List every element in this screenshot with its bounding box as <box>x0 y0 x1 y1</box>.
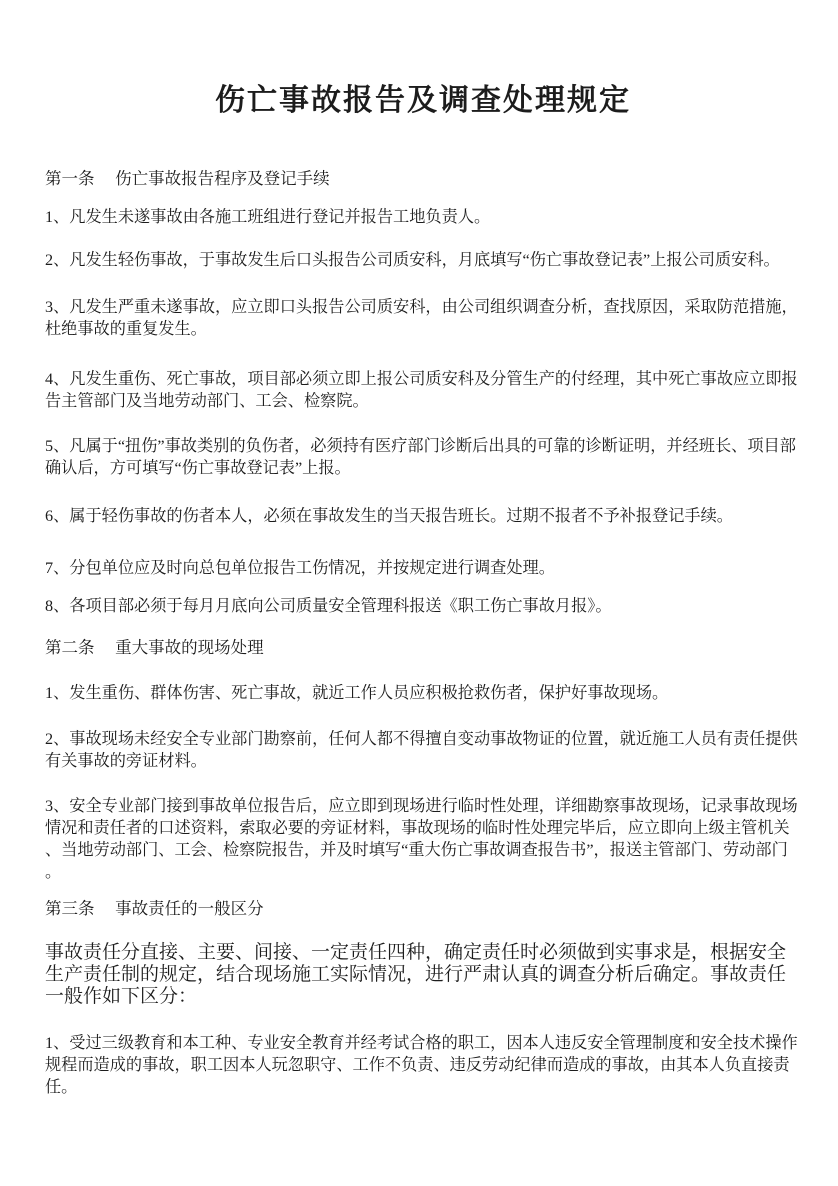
section-1-item-2: 2、凡发生轻伤事故，于事故发生后口头报告公司质安科，月底填写“伤亡事故登记表”上… <box>45 249 801 271</box>
document-content: 伤亡事故报告及调查处理规定 第一条 伤亡事故报告程序及登记手续 1、凡发生未遂事… <box>45 0 801 1098</box>
section-1-item-1: 1、凡发生未遂事故由各施工班组进行登记并报告工地负责人。 <box>45 206 801 228</box>
section-1-item-6: 6、属于轻伤事故的伤者本人，必须在事故发生的当天报告班长。过期不报者不予补报登记… <box>45 505 801 527</box>
section-1-heading: 第一条 伤亡事故报告程序及登记手续 <box>45 168 801 190</box>
section-3-item-1: 1、受过三级教育和本工种、专业安全教育并经考试合格的职工，因本人违反安全管理制度… <box>45 1032 801 1098</box>
section-1-item-8: 8、各项目部必须于每月月底向公司质量安全管理科报送《职工伤亡事故月报》。 <box>45 595 801 617</box>
section-2-item-1: 1、发生重伤、群体伤害、死亡事故，就近工作人员应积极抢救伤者，保护好事故现场。 <box>45 682 801 704</box>
section-3-heading: 第三条 事故责任的一般区分 <box>45 898 801 920</box>
section-1-item-4: 4、凡发生重伤、死亡事故，项目部必须立即上报公司质安科及分管生产的付经理，其中死… <box>45 368 801 412</box>
section-2-item-3: 3、安全专业部门接到事故单位报告后，应立即到现场进行临时性处理，详细勘察事故现场… <box>45 795 801 883</box>
section-1-item-3: 3、凡发生严重未遂事故，应立即口头报告公司质安科，由公司组织调查分析，查找原因，… <box>45 296 801 340</box>
section-3-intro-paragraph: 事故责任分直接、主要、间接、一定责任四种，确定责任时必须做到实事求是，根据安全 … <box>45 942 801 1008</box>
section-2-heading: 第二条 重大事故的现场处理 <box>45 637 801 659</box>
section-1-item-5: 5、凡属于“扭伤”事故类别的负伤者，必须持有医疗部门诊断后出具的可靠的诊断证明，… <box>45 435 801 479</box>
document-title: 伤亡事故报告及调查处理规定 <box>45 80 801 122</box>
section-2-item-2: 2、事故现场未经安全专业部门勘察前，任何人都不得擅自变动事故物证的位置，就近施工… <box>45 728 801 772</box>
section-1-item-7: 7、分包单位应及时向总包单位报告工伤情况，并按规定进行调查处理。 <box>45 557 801 579</box>
document-page: 伤亡事故报告及调查处理规定 第一条 伤亡事故报告程序及登记手续 1、凡发生未遂事… <box>0 0 838 1186</box>
